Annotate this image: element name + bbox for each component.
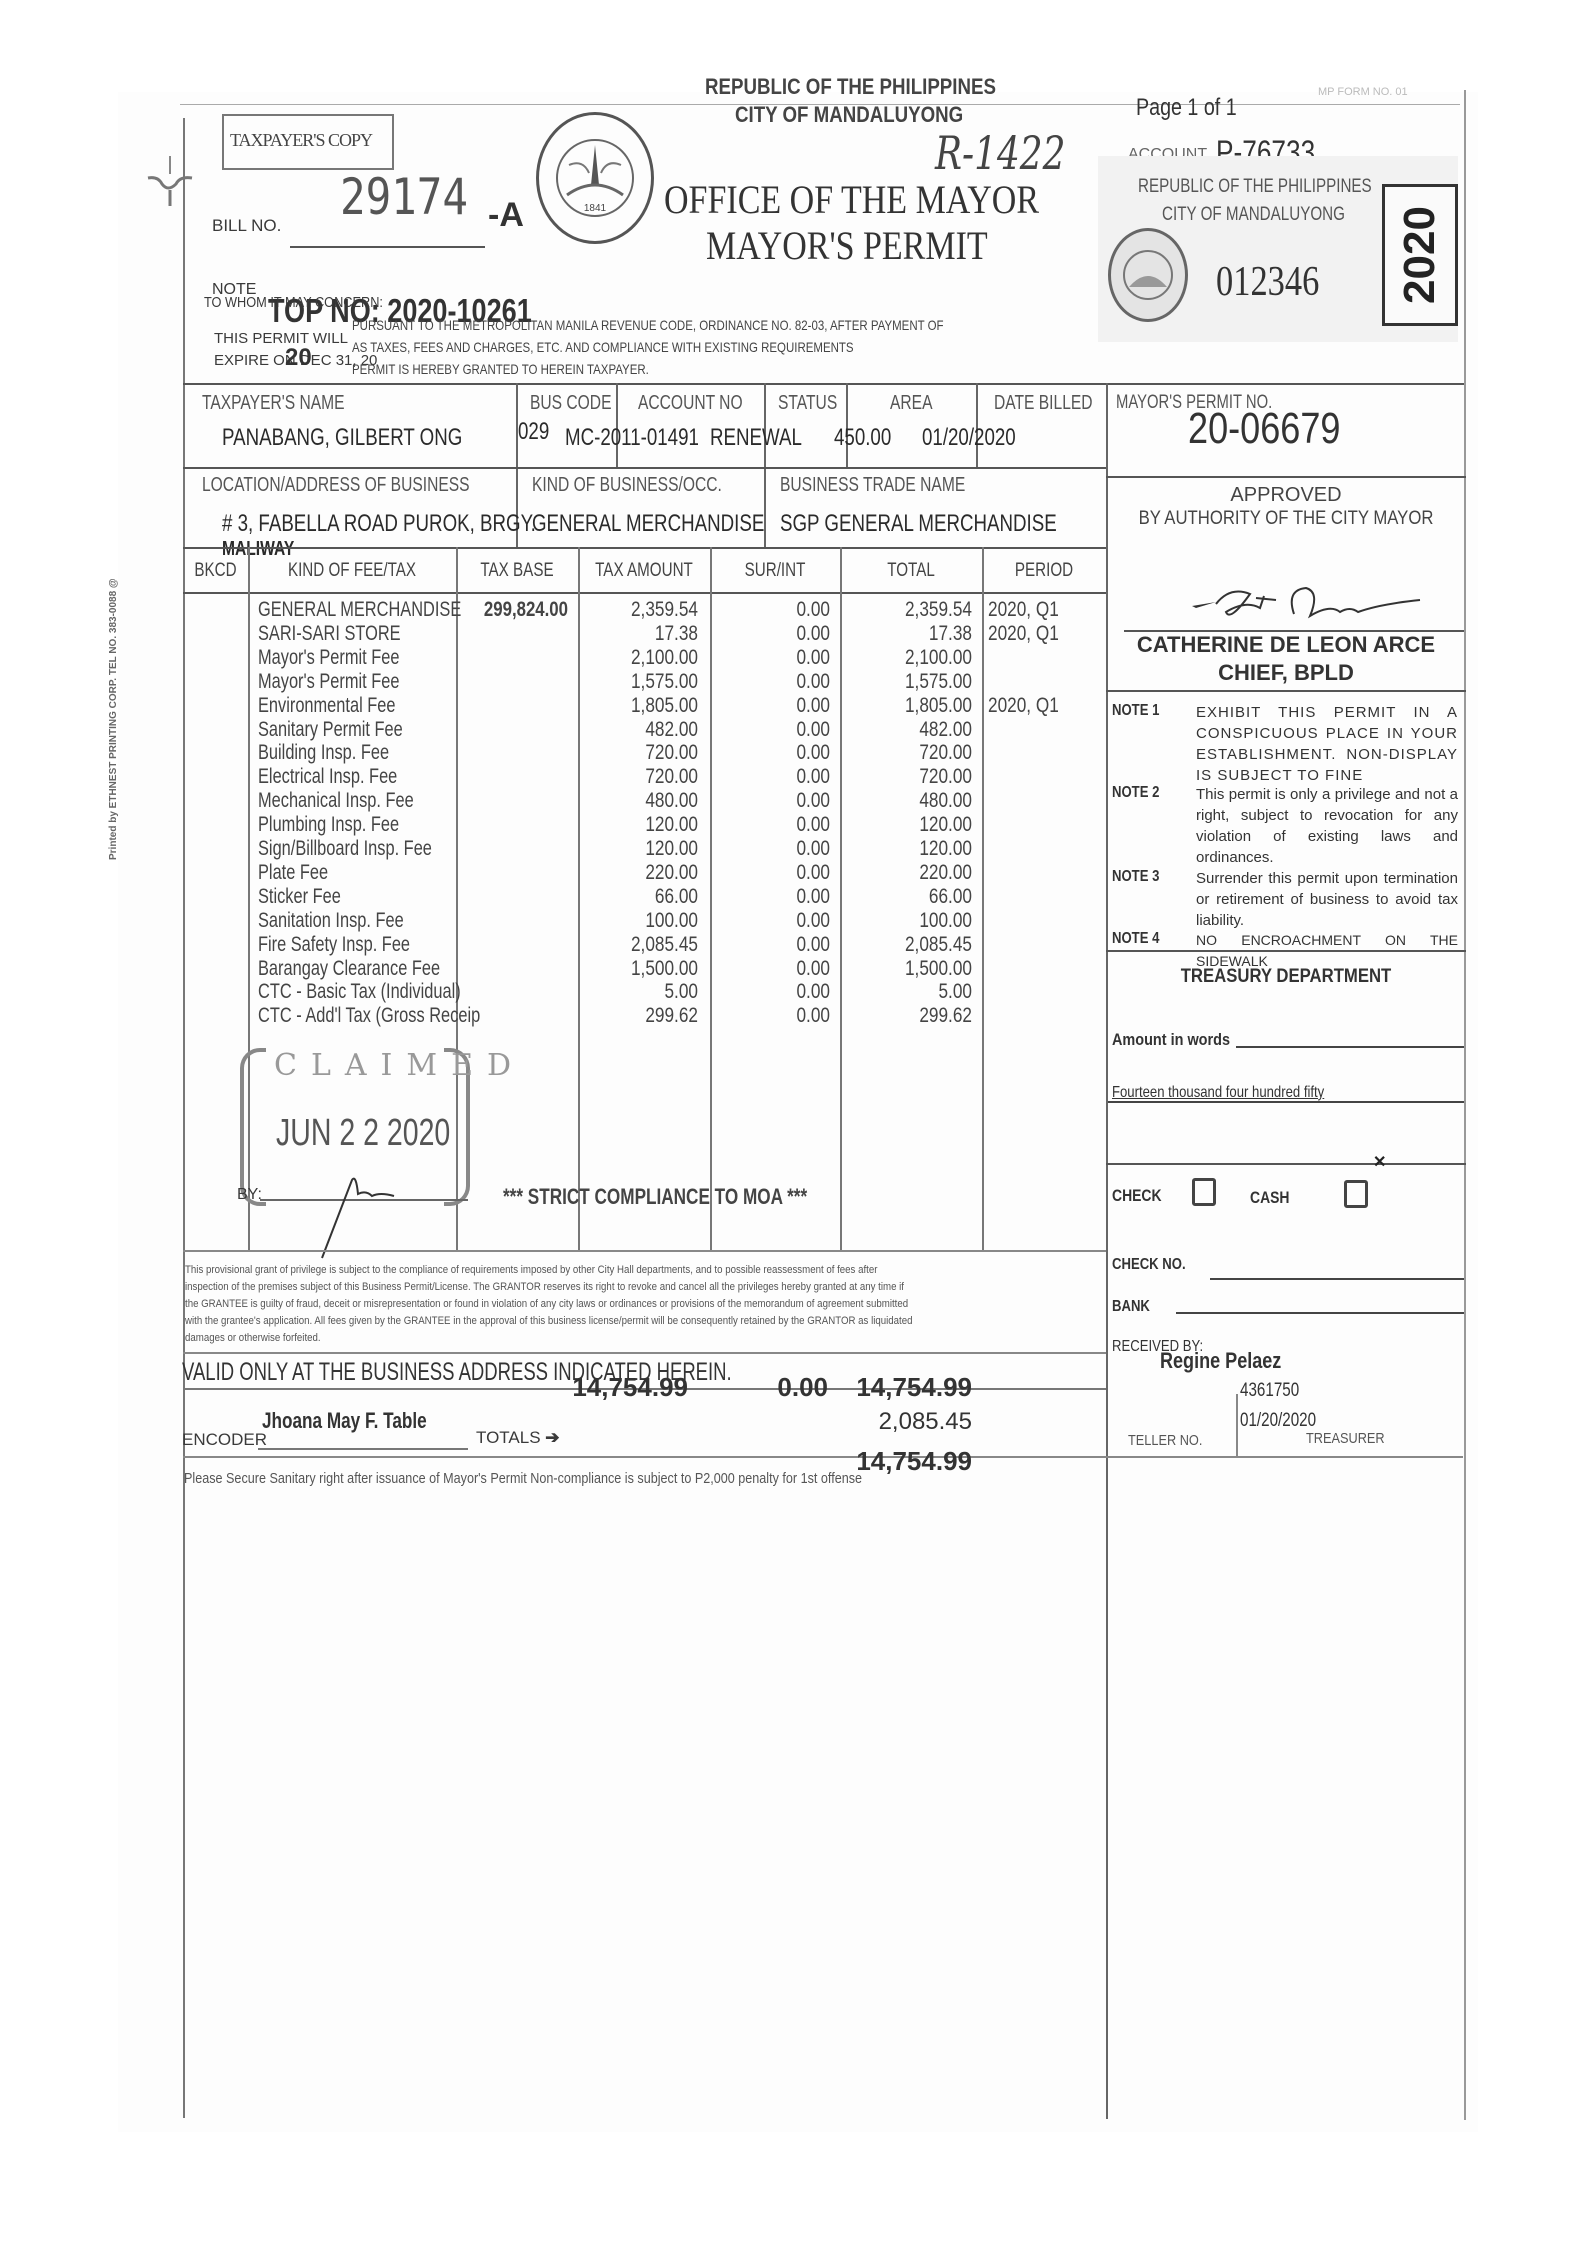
chief-signature-icon bbox=[1190, 582, 1430, 632]
fee-tax-amount: 100.00 bbox=[600, 909, 698, 933]
fee-kind: CTC - Add'l Tax (Gross Receip bbox=[258, 1004, 480, 1028]
note-label: NOTE 1 bbox=[1112, 702, 1159, 720]
fee-surint: 0.00 bbox=[732, 957, 830, 981]
date-billed-label: DATE BILLED bbox=[994, 392, 1093, 415]
fee-surint: 0.00 bbox=[732, 741, 830, 765]
fee-header-kind: KIND OF FEE/TAX bbox=[269, 560, 435, 582]
fee-total: 17.38 bbox=[864, 622, 972, 646]
taxpayer-name-label: TAXPAYER'S NAME bbox=[202, 392, 345, 415]
status: RENEWAL bbox=[710, 424, 802, 452]
fee-tax-amount: 120.00 bbox=[600, 837, 698, 861]
encoder-line bbox=[258, 1448, 468, 1450]
svg-text:1841: 1841 bbox=[584, 203, 607, 214]
fee-surint: 0.00 bbox=[732, 1004, 830, 1028]
fee-table-bottom bbox=[183, 1250, 1106, 1252]
fee-tax-amount: 482.00 bbox=[600, 718, 698, 742]
teller-divider bbox=[1236, 1394, 1238, 1456]
bank-line bbox=[1176, 1312, 1464, 1314]
date-billed: 01/20/2020 bbox=[922, 424, 1016, 452]
fee-period: 2020, Q1 bbox=[988, 598, 1070, 622]
trade-name-label: BUSINESS TRADE NAME bbox=[780, 474, 965, 497]
grid-line-row2 bbox=[183, 547, 1106, 549]
fee-tax-amount: 2,359.54 bbox=[600, 598, 698, 622]
permit-box-bottom bbox=[1106, 476, 1466, 478]
note-label: NOTE 3 bbox=[1112, 868, 1159, 886]
fee-col-divider bbox=[578, 547, 580, 1250]
stamp-year-box: 2020 bbox=[1382, 184, 1458, 326]
fee-period: 2020, Q1 bbox=[988, 694, 1070, 718]
fee-tax-amount: 1,500.00 bbox=[600, 957, 698, 981]
office-title: OFFICE OF THE MAYOR bbox=[664, 176, 1039, 223]
fee-tax-amount: 120.00 bbox=[600, 813, 698, 837]
fee-kind: Sticker Fee bbox=[258, 885, 341, 909]
page-indicator: Page 1 of 1 bbox=[1136, 94, 1237, 122]
bill-no: 29174 bbox=[340, 168, 468, 226]
amount-words-line-2 bbox=[1108, 1101, 1464, 1103]
treasurer-label: TREASURER bbox=[1306, 1430, 1385, 1447]
totals-bottom-line bbox=[183, 1456, 1463, 1458]
fee-kind: Fire Safety Insp. Fee bbox=[258, 933, 410, 957]
fee-tax-amount: 220.00 bbox=[600, 861, 698, 885]
notes-top-line bbox=[1106, 690, 1466, 692]
fee-total: 66.00 bbox=[864, 885, 972, 909]
printer-credit: Printed by ETHNEST PRINTING CORP. TEL NO… bbox=[108, 860, 128, 880]
fee-total: 220.00 bbox=[864, 861, 972, 885]
fee-tax-amount: 17.38 bbox=[600, 622, 698, 646]
fee-kind: CTC - Basic Tax (Individual) bbox=[258, 980, 461, 1004]
fee-total: 120.00 bbox=[864, 813, 972, 837]
city-heading: CITY OF MANDALUYONG bbox=[735, 102, 963, 128]
fee-tax-amount: 299.62 bbox=[600, 1004, 698, 1028]
disclaimer: This provisional grant of privilege is s… bbox=[185, 1262, 1105, 1347]
fee-tax-amount: 66.00 bbox=[600, 885, 698, 909]
fee-header-surint: SUR/INT bbox=[723, 560, 827, 582]
check-no-line bbox=[1210, 1278, 1464, 1280]
salutation: TO WHOM IT MAY CONCERN: bbox=[204, 294, 383, 311]
stamp-serial: 012346 bbox=[1216, 258, 1319, 306]
bill-suffix: -A bbox=[488, 196, 524, 235]
fee-total: 2,085.45 bbox=[864, 933, 972, 957]
fee-col-divider bbox=[710, 547, 712, 1250]
fee-surint: 0.00 bbox=[732, 980, 830, 1004]
stamp-republic: REPUBLIC OF THE PHILIPPINES bbox=[1138, 176, 1372, 198]
encoder-name: Jhoana May F. Table bbox=[262, 1408, 427, 1434]
city-seal-icon: 1841 bbox=[536, 112, 654, 244]
approved-label: APPROVED bbox=[1106, 484, 1466, 507]
total-amount: 14,754.99 bbox=[840, 1372, 972, 1403]
amount-in-words: Fourteen thousand four hundred fifty bbox=[1112, 1084, 1324, 1102]
fee-kind: Sign/Billboard Insp. Fee bbox=[258, 837, 432, 861]
fee-tax-amount: 2,100.00 bbox=[600, 646, 698, 670]
fee-surint: 0.00 bbox=[732, 646, 830, 670]
fee-kind: SARI-SARI STORE bbox=[258, 622, 401, 646]
fee-total: 482.00 bbox=[864, 718, 972, 742]
kind-of-business: GENERAL MERCHANDISE bbox=[532, 510, 764, 538]
fee-surint: 0.00 bbox=[732, 622, 830, 646]
fee-total: 1,805.00 bbox=[864, 694, 972, 718]
taxpayer-name: PANABANG, GILBERT ONG bbox=[222, 424, 462, 452]
total-less-amount: 2,085.45 bbox=[840, 1408, 972, 1436]
fee-kind: Building Insp. Fee bbox=[258, 741, 389, 765]
bill-no-underline bbox=[290, 246, 485, 248]
totals-top-line bbox=[183, 1352, 1106, 1354]
check-checkbox[interactable] bbox=[1192, 1178, 1216, 1206]
fee-total: 480.00 bbox=[864, 789, 972, 813]
authority-label: BY AUTHORITY OF THE CITY MAYOR bbox=[1128, 508, 1445, 530]
fee-total: 120.00 bbox=[864, 837, 972, 861]
fee-total: 2,359.54 bbox=[864, 598, 972, 622]
fee-header-tax-amount: TAX AMOUNT bbox=[591, 560, 697, 582]
location-label: LOCATION/ADDRESS OF BUSINESS bbox=[202, 474, 470, 497]
permit-number: 20-06679 bbox=[1188, 404, 1340, 454]
registration-mark-icon bbox=[140, 150, 200, 210]
fee-kind: Sanitary Permit Fee bbox=[258, 718, 403, 742]
note-text: Surrender this permit upon termination o… bbox=[1196, 868, 1458, 931]
location-line-2: MALIWAY bbox=[222, 538, 294, 561]
arrow-right-icon: ➔ bbox=[545, 1428, 559, 1447]
fee-total: 100.00 bbox=[864, 909, 972, 933]
fee-tax-amount: 720.00 bbox=[600, 765, 698, 789]
fee-total: 5.00 bbox=[864, 980, 972, 1004]
account-no: MC-2011-01491 bbox=[565, 424, 699, 452]
fee-total: 720.00 bbox=[864, 765, 972, 789]
note-label: NOTE 4 bbox=[1112, 930, 1159, 948]
check-label: CHECK bbox=[1112, 1186, 1162, 1206]
note-text: This permit is only a privilege and not … bbox=[1196, 784, 1458, 868]
area-label: AREA bbox=[890, 392, 932, 415]
cash-checkbox[interactable] bbox=[1344, 1180, 1368, 1208]
fee-kind: Mayor's Permit Fee bbox=[258, 670, 399, 694]
frame-left bbox=[183, 118, 185, 2118]
fee-tax-base: 299,824.00 bbox=[480, 598, 568, 622]
fee-kind: Barangay Clearance Fee bbox=[258, 957, 440, 981]
fee-period: 2020, Q1 bbox=[988, 622, 1070, 646]
stamp-city: CITY OF MANDALUYONG bbox=[1162, 204, 1345, 226]
fee-total: 1,575.00 bbox=[864, 670, 972, 694]
fee-header-period: PERIOD bbox=[994, 560, 1093, 582]
fee-header-bottom bbox=[183, 592, 1106, 594]
fee-total: 720.00 bbox=[864, 741, 972, 765]
total-surint: 0.00 bbox=[770, 1372, 828, 1403]
total-tax-amount: 14,754.99 bbox=[560, 1372, 688, 1403]
fee-kind: Mayor's Permit Fee bbox=[258, 646, 399, 670]
fee-surint: 0.00 bbox=[732, 909, 830, 933]
handwritten-reference: R-1422 bbox=[935, 126, 1065, 180]
fee-kind: Sanitation Insp. Fee bbox=[258, 909, 404, 933]
compliance-note: *** STRICT COMPLIANCE TO MOA *** bbox=[503, 1184, 807, 1210]
fee-surint: 0.00 bbox=[732, 670, 830, 694]
stamp-seal-icon bbox=[1108, 228, 1188, 322]
expire-line-1: THIS PERMIT WILL bbox=[214, 330, 348, 347]
chief-name: CATHERINE DE LEON ARCE bbox=[1106, 632, 1466, 658]
cash-mark: ✕ bbox=[1373, 1152, 1386, 1172]
fee-header-total: TOTAL bbox=[854, 560, 968, 582]
stamp-by-label: BY: bbox=[237, 1186, 262, 1204]
fee-kind: Plumbing Insp. Fee bbox=[258, 813, 399, 837]
fee-kind: Environmental Fee bbox=[258, 694, 395, 718]
fee-col-divider bbox=[840, 547, 842, 1250]
fee-surint: 0.00 bbox=[732, 933, 830, 957]
frame-right bbox=[1464, 90, 1466, 2120]
fee-kind: GENERAL MERCHANDISE bbox=[258, 598, 461, 622]
fee-col-divider bbox=[982, 547, 984, 1250]
notes-bottom-line bbox=[1106, 950, 1466, 952]
fee-tax-amount: 1,805.00 bbox=[600, 694, 698, 718]
fee-surint: 0.00 bbox=[732, 789, 830, 813]
payment-top-line bbox=[1106, 1163, 1466, 1165]
location-line-1: # 3, FABELLA ROAD PUROK, BRGY. bbox=[222, 510, 536, 538]
grid-line-row1 bbox=[183, 467, 1106, 469]
fee-surint: 0.00 bbox=[732, 694, 830, 718]
status-label: STATUS bbox=[778, 392, 837, 415]
treasury-title: TREASURY DEPARTMENT bbox=[1128, 966, 1445, 988]
fee-tax-amount: 480.00 bbox=[600, 789, 698, 813]
fee-surint: 0.00 bbox=[732, 885, 830, 909]
teller-label: TELLER NO. bbox=[1128, 1432, 1202, 1449]
trade-name: SGP GENERAL MERCHANDISE bbox=[780, 510, 1057, 538]
fee-surint: 0.00 bbox=[732, 837, 830, 861]
bank-label: BANK bbox=[1112, 1298, 1150, 1316]
fee-kind: Mechanical Insp. Fee bbox=[258, 789, 414, 813]
encoder-label: ENCODER bbox=[182, 1430, 267, 1450]
bill-no-label: BILL NO. bbox=[212, 216, 281, 236]
grid-line-header-bottom bbox=[183, 383, 1465, 385]
account-no-label: ACCOUNT NO bbox=[638, 392, 743, 415]
taxpayer-copy-box: TAXPAYER'S COPY bbox=[222, 114, 394, 170]
fee-total: 2,100.00 bbox=[864, 646, 972, 670]
amount-words-line bbox=[1236, 1046, 1464, 1048]
bus-code: 029 bbox=[518, 418, 549, 446]
fee-total: 299.62 bbox=[864, 1004, 972, 1028]
fee-total: 1,500.00 bbox=[864, 957, 972, 981]
area: 450.00 bbox=[834, 424, 891, 452]
chief-title: CHIEF, BPLD bbox=[1106, 660, 1466, 686]
bus-code-label: BUS CODE bbox=[530, 392, 611, 415]
totals-label: TOTALS ➔ bbox=[476, 1428, 560, 1448]
fee-surint: 0.00 bbox=[732, 598, 830, 622]
stamp-signature-icon bbox=[310, 1170, 420, 1260]
fee-tax-amount: 720.00 bbox=[600, 741, 698, 765]
fee-surint: 0.00 bbox=[732, 861, 830, 885]
or-number: 4361750 bbox=[1240, 1380, 1299, 1402]
form-code: MP FORM NO. 01 bbox=[1318, 86, 1408, 98]
note-label: NOTE 2 bbox=[1112, 784, 1159, 802]
fee-surint: 0.00 bbox=[732, 765, 830, 789]
fee-kind: Plate Fee bbox=[258, 861, 328, 885]
kind-label: KIND OF BUSINESS/OCC. bbox=[532, 474, 722, 497]
fee-tax-amount: 1,575.00 bbox=[600, 670, 698, 694]
fee-kind: Electrical Insp. Fee bbox=[258, 765, 397, 789]
republic-heading: REPUBLIC OF THE PHILIPPINES bbox=[705, 74, 996, 100]
expire-year-overlay: 20 bbox=[285, 344, 312, 372]
preamble: PURSUANT TO THE METROPOLITAN MANILA REVE… bbox=[352, 314, 1072, 380]
or-date: 01/20/2020 bbox=[1240, 1410, 1316, 1432]
received-by-name: Regine Pelaez bbox=[1160, 1348, 1281, 1374]
fee-surint: 0.00 bbox=[732, 813, 830, 837]
cash-label: CASH bbox=[1250, 1188, 1290, 1208]
fee-tax-amount: 2,085.45 bbox=[600, 933, 698, 957]
sanitary-note: Please Secure Sanitary right after issua… bbox=[184, 1470, 862, 1487]
note-text: EXHIBIT THIS PERMIT IN A CONSPICUOUS PLA… bbox=[1196, 702, 1458, 786]
fee-surint: 0.00 bbox=[732, 718, 830, 742]
fee-header-bkcd: BKCD bbox=[190, 560, 242, 582]
fee-tax-amount: 5.00 bbox=[600, 980, 698, 1004]
check-no-label: CHECK NO. bbox=[1112, 1256, 1186, 1274]
permit-title: MAYOR'S PERMIT bbox=[706, 222, 988, 269]
amount-words-label: Amount in words bbox=[1112, 1030, 1230, 1050]
fee-header-tax-base: TAX BASE bbox=[468, 560, 566, 582]
